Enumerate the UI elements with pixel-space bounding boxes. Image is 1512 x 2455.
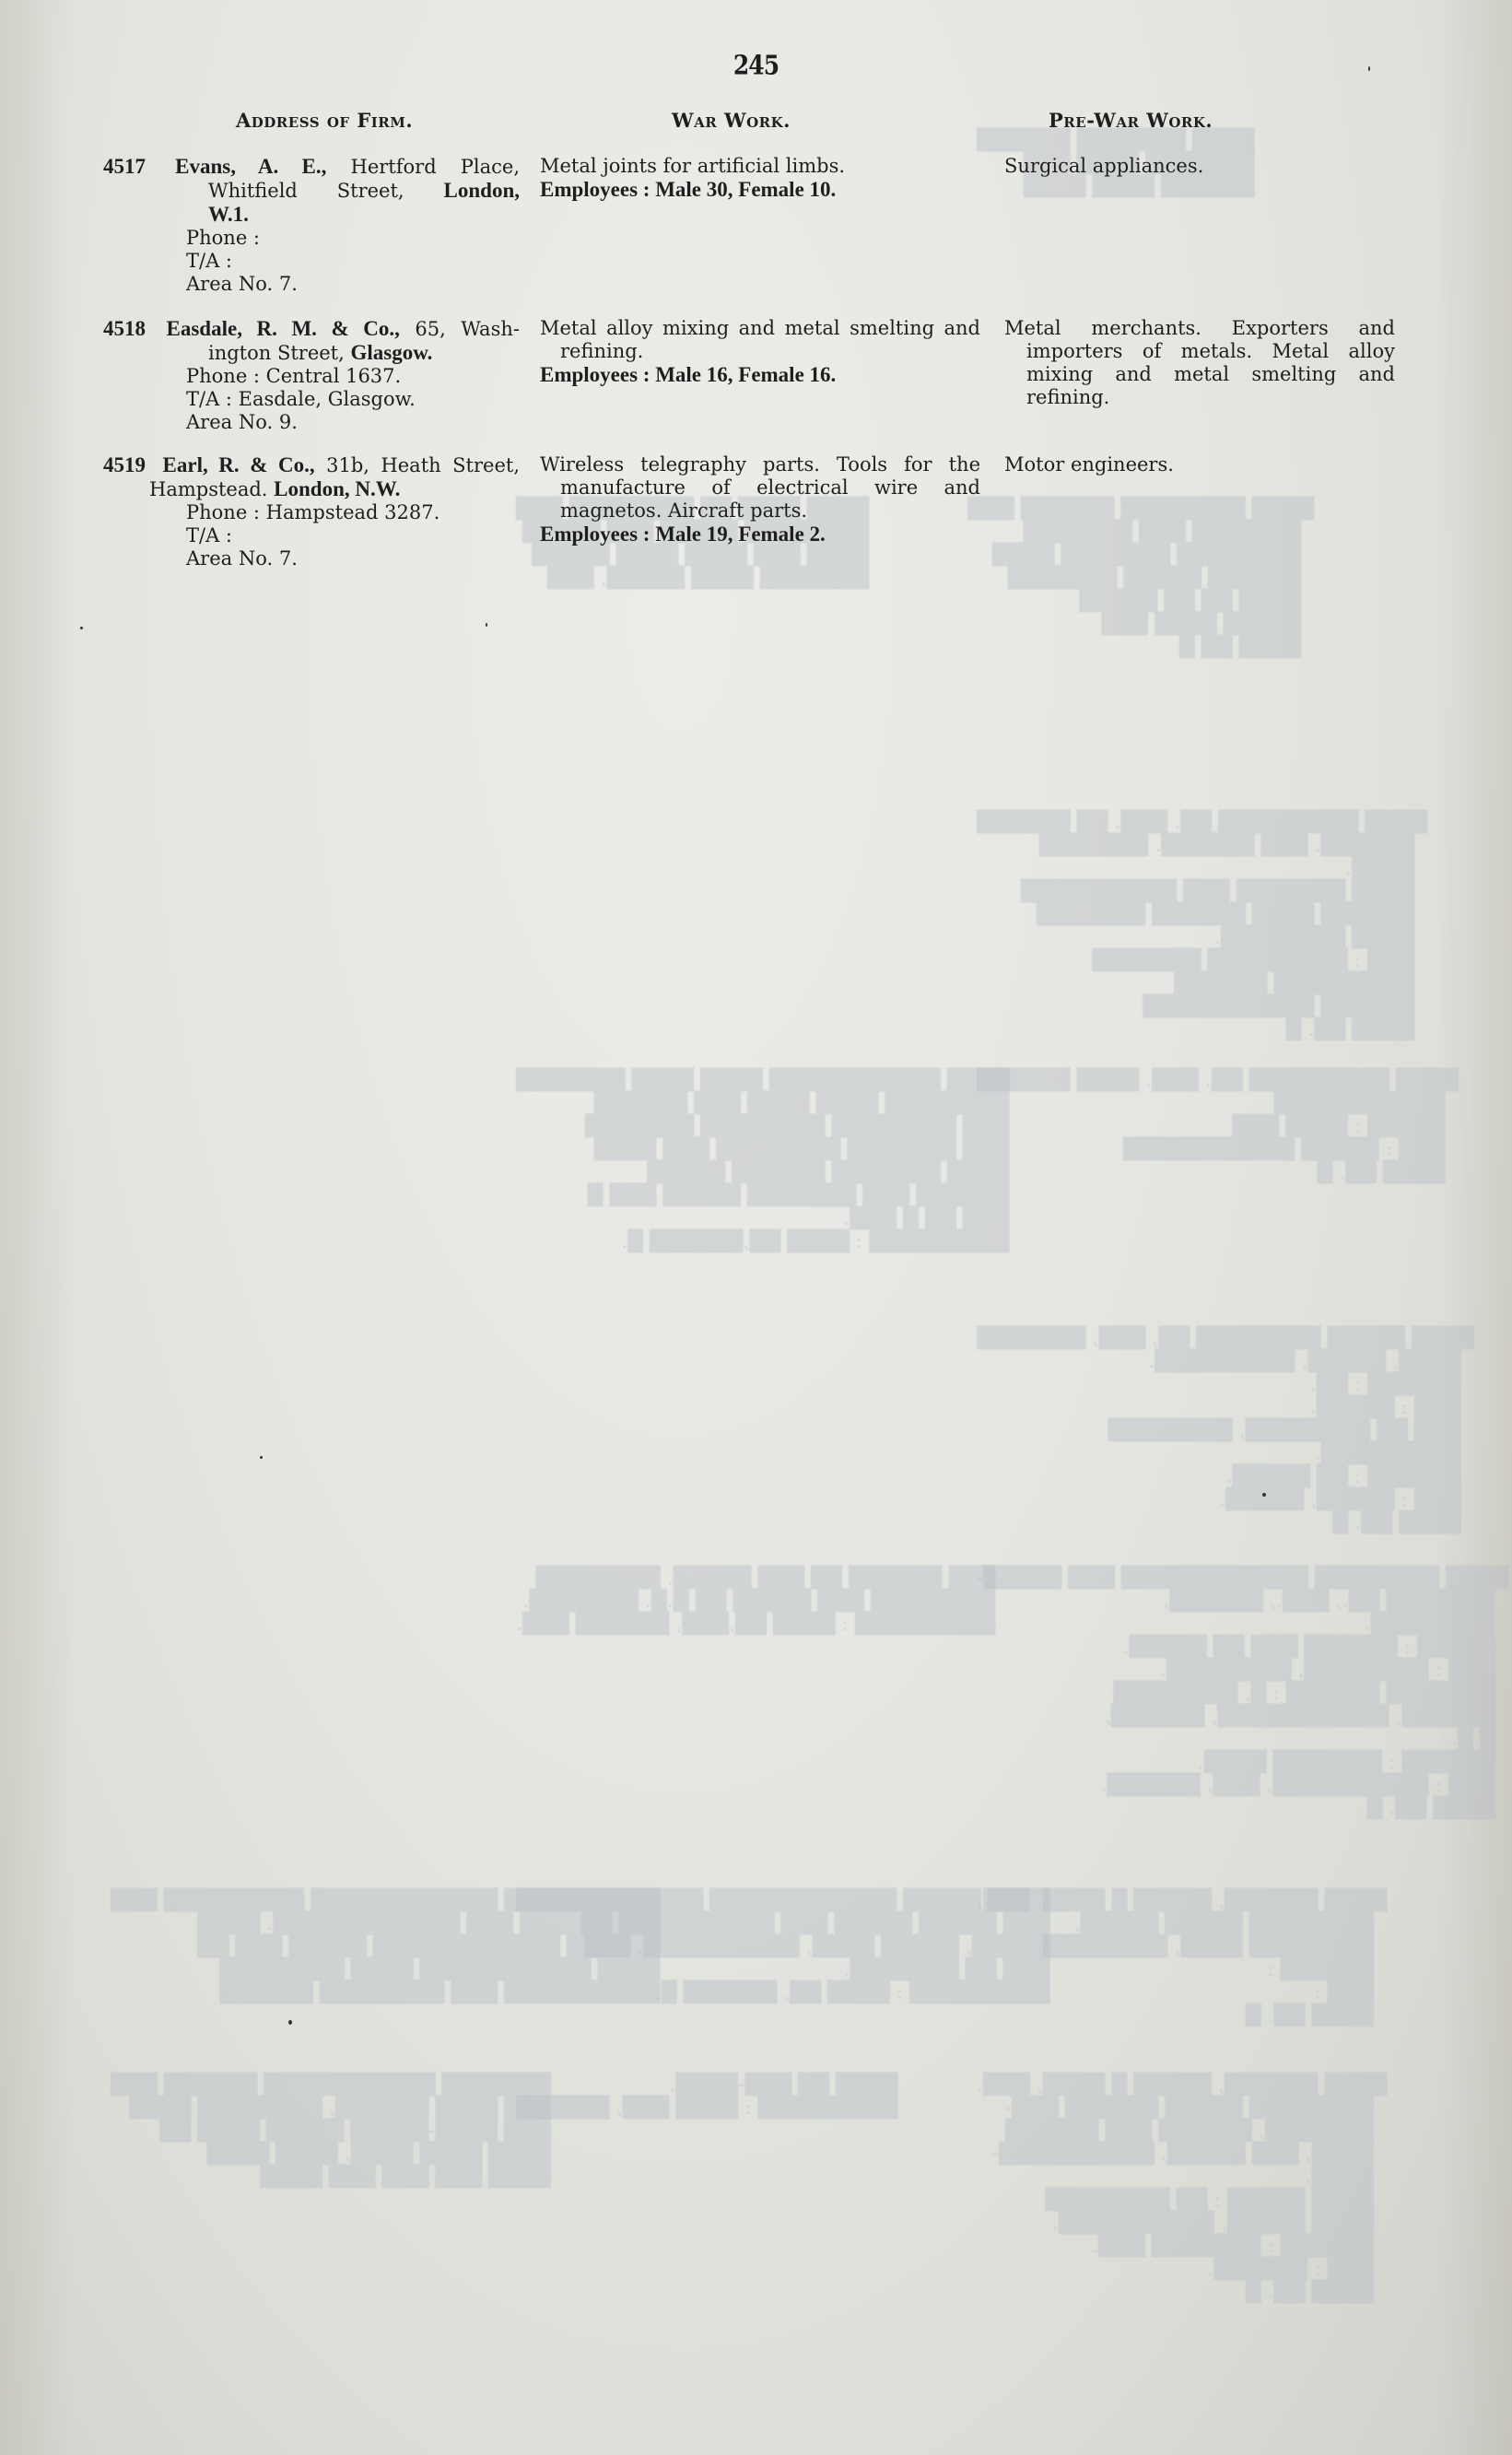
- street-address: 65, Wash-: [415, 318, 520, 340]
- city: London, N.W.: [274, 477, 400, 500]
- firm-name: Evans, A. E.,: [175, 155, 326, 178]
- street-address: Hertford Place,: [351, 156, 521, 178]
- show-through-text: ███████ ███████████ ██████ ███ ███ ████ …: [111, 2073, 551, 2189]
- dust-speck: [80, 627, 83, 629]
- firm-name: Earl, R. & Co.,: [163, 453, 315, 476]
- show-through-text: ████ █████████ ██. ███. ██ ██████ ██████…: [977, 811, 1427, 1041]
- entry-number: 4517: [103, 155, 146, 178]
- show-through-text: ██████████ ████████████ █████████ ███ ██…: [111, 1889, 660, 2004]
- show-through-text: ████ ██ ███-████. █████████ : ████ ███, …: [516, 2073, 898, 2120]
- page-number: 245: [0, 50, 1512, 80]
- show-through-text: ████ █████████ ██. ███. ████ ██████ ████…: [977, 1069, 1459, 1184]
- war-work: Wireless telegraphy parts. Tools for the…: [540, 453, 980, 546]
- phone: Phone : Central 1637.: [103, 365, 520, 388]
- column-header-war-work: War Work.: [672, 109, 791, 132]
- entry-number: 4518: [103, 317, 146, 340]
- address-continuation: Whitfield Street, London,: [103, 179, 520, 203]
- employees-count: Employees : Male 30, Female 10.: [540, 178, 980, 201]
- address-continuation: ington Street, Glasgow.: [103, 341, 520, 365]
- area-number: Area No. 7.: [103, 547, 520, 570]
- dust-speck: [1262, 1493, 1266, 1497]
- pre-war-work: Motor engineers.: [1004, 453, 1395, 476]
- show-through-text: ███ ██████ ██ ███ █████. ████████ ██████…: [516, 1567, 995, 1636]
- firm-heading-line: 4518 Easdale, R. M. & Co., 65, Wash-: [103, 317, 520, 341]
- column-header-address: Address of Firm.: [236, 109, 413, 132]
- firm-address-block: 4517 Evans, A. E., Hertford Place, Whitf…: [103, 155, 520, 296]
- firm-address-block: 4519 Earl, R. & Co., 31b, Heath Street, …: [103, 453, 520, 570]
- employees-count: Employees : Male 19, Female 2.: [540, 523, 980, 546]
- telegraphic-address: T/A : Easdale, Glasgow.: [103, 388, 520, 411]
- street-address: 31b, Heath Street,: [326, 454, 520, 476]
- telegraphic-address: T/A :: [103, 524, 520, 547]
- page-edge-shadow: [1438, 0, 1512, 2455]
- show-through-text: ████ ███████████ ████ ████ ███████ █████…: [516, 1069, 1010, 1253]
- phone: Phone :: [103, 227, 520, 250]
- pre-war-work: Metal merchants. Exporters and importers…: [1004, 317, 1395, 409]
- show-through-text: ████ ████████ ████████████ ███ █████- ██…: [977, 1567, 1508, 1820]
- show-through-text: ████ █████ ████████ ██, ███, ███████ ███…: [977, 1327, 1474, 1534]
- firm-address-block: 4518 Easdale, R. M. & Co., 65, Wash- ing…: [103, 317, 520, 434]
- dust-speck: [486, 623, 487, 627]
- city: W.1.: [103, 203, 520, 227]
- war-work-description: Metal joints for artificial limbs.: [540, 155, 980, 178]
- firm-heading-line: 4517 Evans, A. E., Hertford Place,: [103, 155, 520, 179]
- war-work: Metal joints for artificial limbs. Emplo…: [540, 155, 980, 201]
- war-work: Metal alloy mixing and metal smelting an…: [540, 317, 980, 386]
- telegraphic-address: T/A :: [103, 250, 520, 273]
- employees-count: Employees : Male 16, Female 16.: [540, 363, 980, 386]
- pre-war-work: Surgical appliances.: [1004, 155, 1395, 178]
- area-number: Area No. 9.: [103, 411, 520, 434]
- war-work-description: Wireless telegraphy parts. Tools for the…: [540, 453, 980, 523]
- firm-heading-line: 4519 Earl, R. & Co., 31b, Heath Street,: [103, 453, 520, 477]
- firm-name: Easdale, R. M. & Co.,: [167, 317, 400, 340]
- dust-speck: [288, 2020, 292, 2025]
- page-edge-shadow: [0, 0, 74, 2455]
- phone: Phone : Hampstead 3287.: [103, 501, 520, 524]
- city: Glasgow.: [351, 341, 433, 364]
- address-continuation: Hampstead. London, N.W.: [103, 477, 520, 501]
- war-work-description: Metal alloy mixing and metal smelting an…: [540, 317, 980, 363]
- column-header-pre-war-work: Pre-War Work.: [1049, 109, 1213, 132]
- entry-number: 4519: [103, 453, 146, 476]
- dust-speck: [260, 1456, 263, 1459]
- area-number: Area No. 7.: [103, 273, 520, 296]
- show-through-text: ████ ██████, █████ █ ████, ███. ████████…: [977, 2073, 1387, 2304]
- document-page: ████ ███████ ██████ ███████ ████ ███ ███…: [0, 0, 1512, 2455]
- show-through-text: ████ ████████ ██████ ███ ███████ ███ ███…: [967, 498, 1314, 659]
